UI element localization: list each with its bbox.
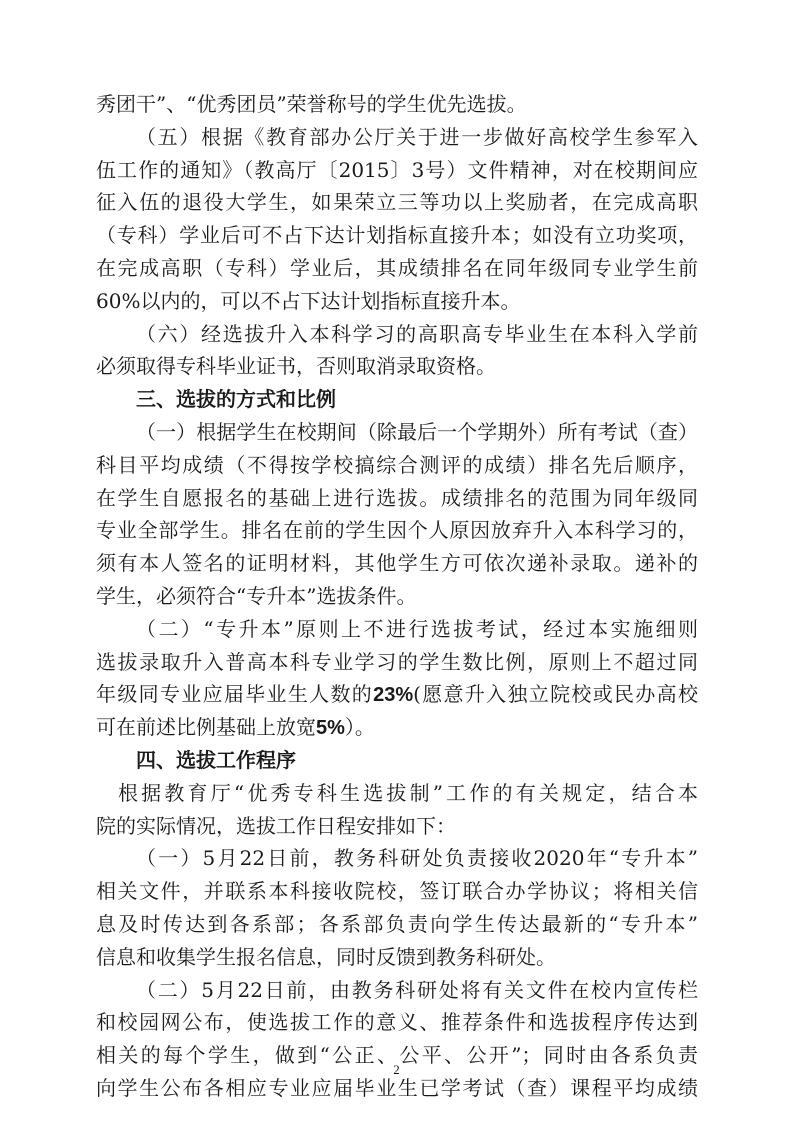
text-line: 选拔录取升入普高本科专业学习的学生数比例，原则上不超过同 <box>96 646 698 679</box>
text-segment: 可在前述比例基础上放宽 <box>96 715 316 739</box>
text-line: 根据教育厅“优秀专科生选拔制”工作的有关规定，结合本 <box>96 777 698 810</box>
text-line: （六）经选拔升入本科学习的高职高专毕业生在本科入学前 <box>96 318 698 351</box>
text-line: （一）根据学生在校期间（除最后一个学期外）所有考试（查） <box>96 416 698 449</box>
text-line: （五）根据《教育部办公厅关于进一步做好高校学生参军入 <box>96 121 698 154</box>
text-line: 专业全部学生。排名在前的学生因个人原因放弃升入本科学习的， <box>96 514 698 547</box>
text-line: 必须取得专科毕业证书，否则取消录取资格。 <box>96 350 698 383</box>
percentage-value: 5% <box>316 717 345 739</box>
text-line: 和校园网公布，使选拔工作的意义、推荐条件和选拔程序传达到 <box>96 1006 698 1039</box>
text-line: （二）“专升本”原则上不进行选拔考试，经过本实施细则 <box>96 613 698 646</box>
text-line: （专科）学业后可不占下达计划指标直接升本；如没有立功奖项， <box>96 219 698 252</box>
document-page: 秀团干”、“优秀团员”荣誉称号的学生优先选拔。 （五）根据《教育部办公厅关于进一… <box>96 88 698 1105</box>
text-line: （一）5月22日前，教务科研处负责接收2020年“专升本” <box>96 842 698 875</box>
text-line: 60%以内的，可以不占下达计划指标直接升本。 <box>96 285 698 318</box>
text-line: 科目平均成绩（不得按学校搞综合测评的成绩）排名先后顺序， <box>96 449 698 482</box>
text-line: 院的实际情况，选拔工作日程安排如下： <box>96 810 698 843</box>
text-segment: (愿意升入独立院校或民办高校 <box>413 682 698 706</box>
text-line: 秀团干”、“优秀团员”荣誉称号的学生优先选拔。 <box>96 88 698 121</box>
page-number: 2 <box>0 1062 793 1078</box>
text-line: 在学生自愿报名的基础上进行选拔。成绩排名的范围为同年级同 <box>96 482 698 515</box>
section-heading: 三、选拔的方式和比例 <box>96 383 698 416</box>
text-line: 信息和收集学生报名信息，同时反馈到教务科研处。 <box>96 941 698 974</box>
percentage-value: 23% <box>373 684 413 706</box>
text-line: 在完成高职（专科）学业后，其成绩排名在同年级同专业学生前 <box>96 252 698 285</box>
text-line: 年级同专业应届毕业生人数的23%(愿意升入独立院校或民办高校 <box>96 678 698 711</box>
text-line: 须有本人签名的证明材料，其他学生方可依次递补录取。递补的 <box>96 547 698 580</box>
text-line: 伍工作的通知》（教高厅〔2015〕3号）文件精神，对在校期间应 <box>96 154 698 187</box>
text-line: 息及时传达到各系部；各系部负责向学生传达最新的“专升本” <box>96 908 698 941</box>
text-line: 学生，必须符合“专升本”选拔条件。 <box>96 580 698 613</box>
text-segment: ）。 <box>345 715 375 739</box>
text-line: （二）5月22日前，由教务科研处将有关文件在校内宣传栏 <box>96 974 698 1007</box>
text-segment: 年级同专业应届毕业生人数的 <box>96 682 373 706</box>
section-heading: 四、选拔工作程序 <box>96 744 698 777</box>
text-line: 征入伍的退役大学生，如果荣立三等功以上奖励者，在完成高职 <box>96 186 698 219</box>
text-line: 相关文件，并联系本科接收院校，签订联合办学协议；将相关信 <box>96 875 698 908</box>
text-line: 可在前述比例基础上放宽5%）。 <box>96 711 698 744</box>
